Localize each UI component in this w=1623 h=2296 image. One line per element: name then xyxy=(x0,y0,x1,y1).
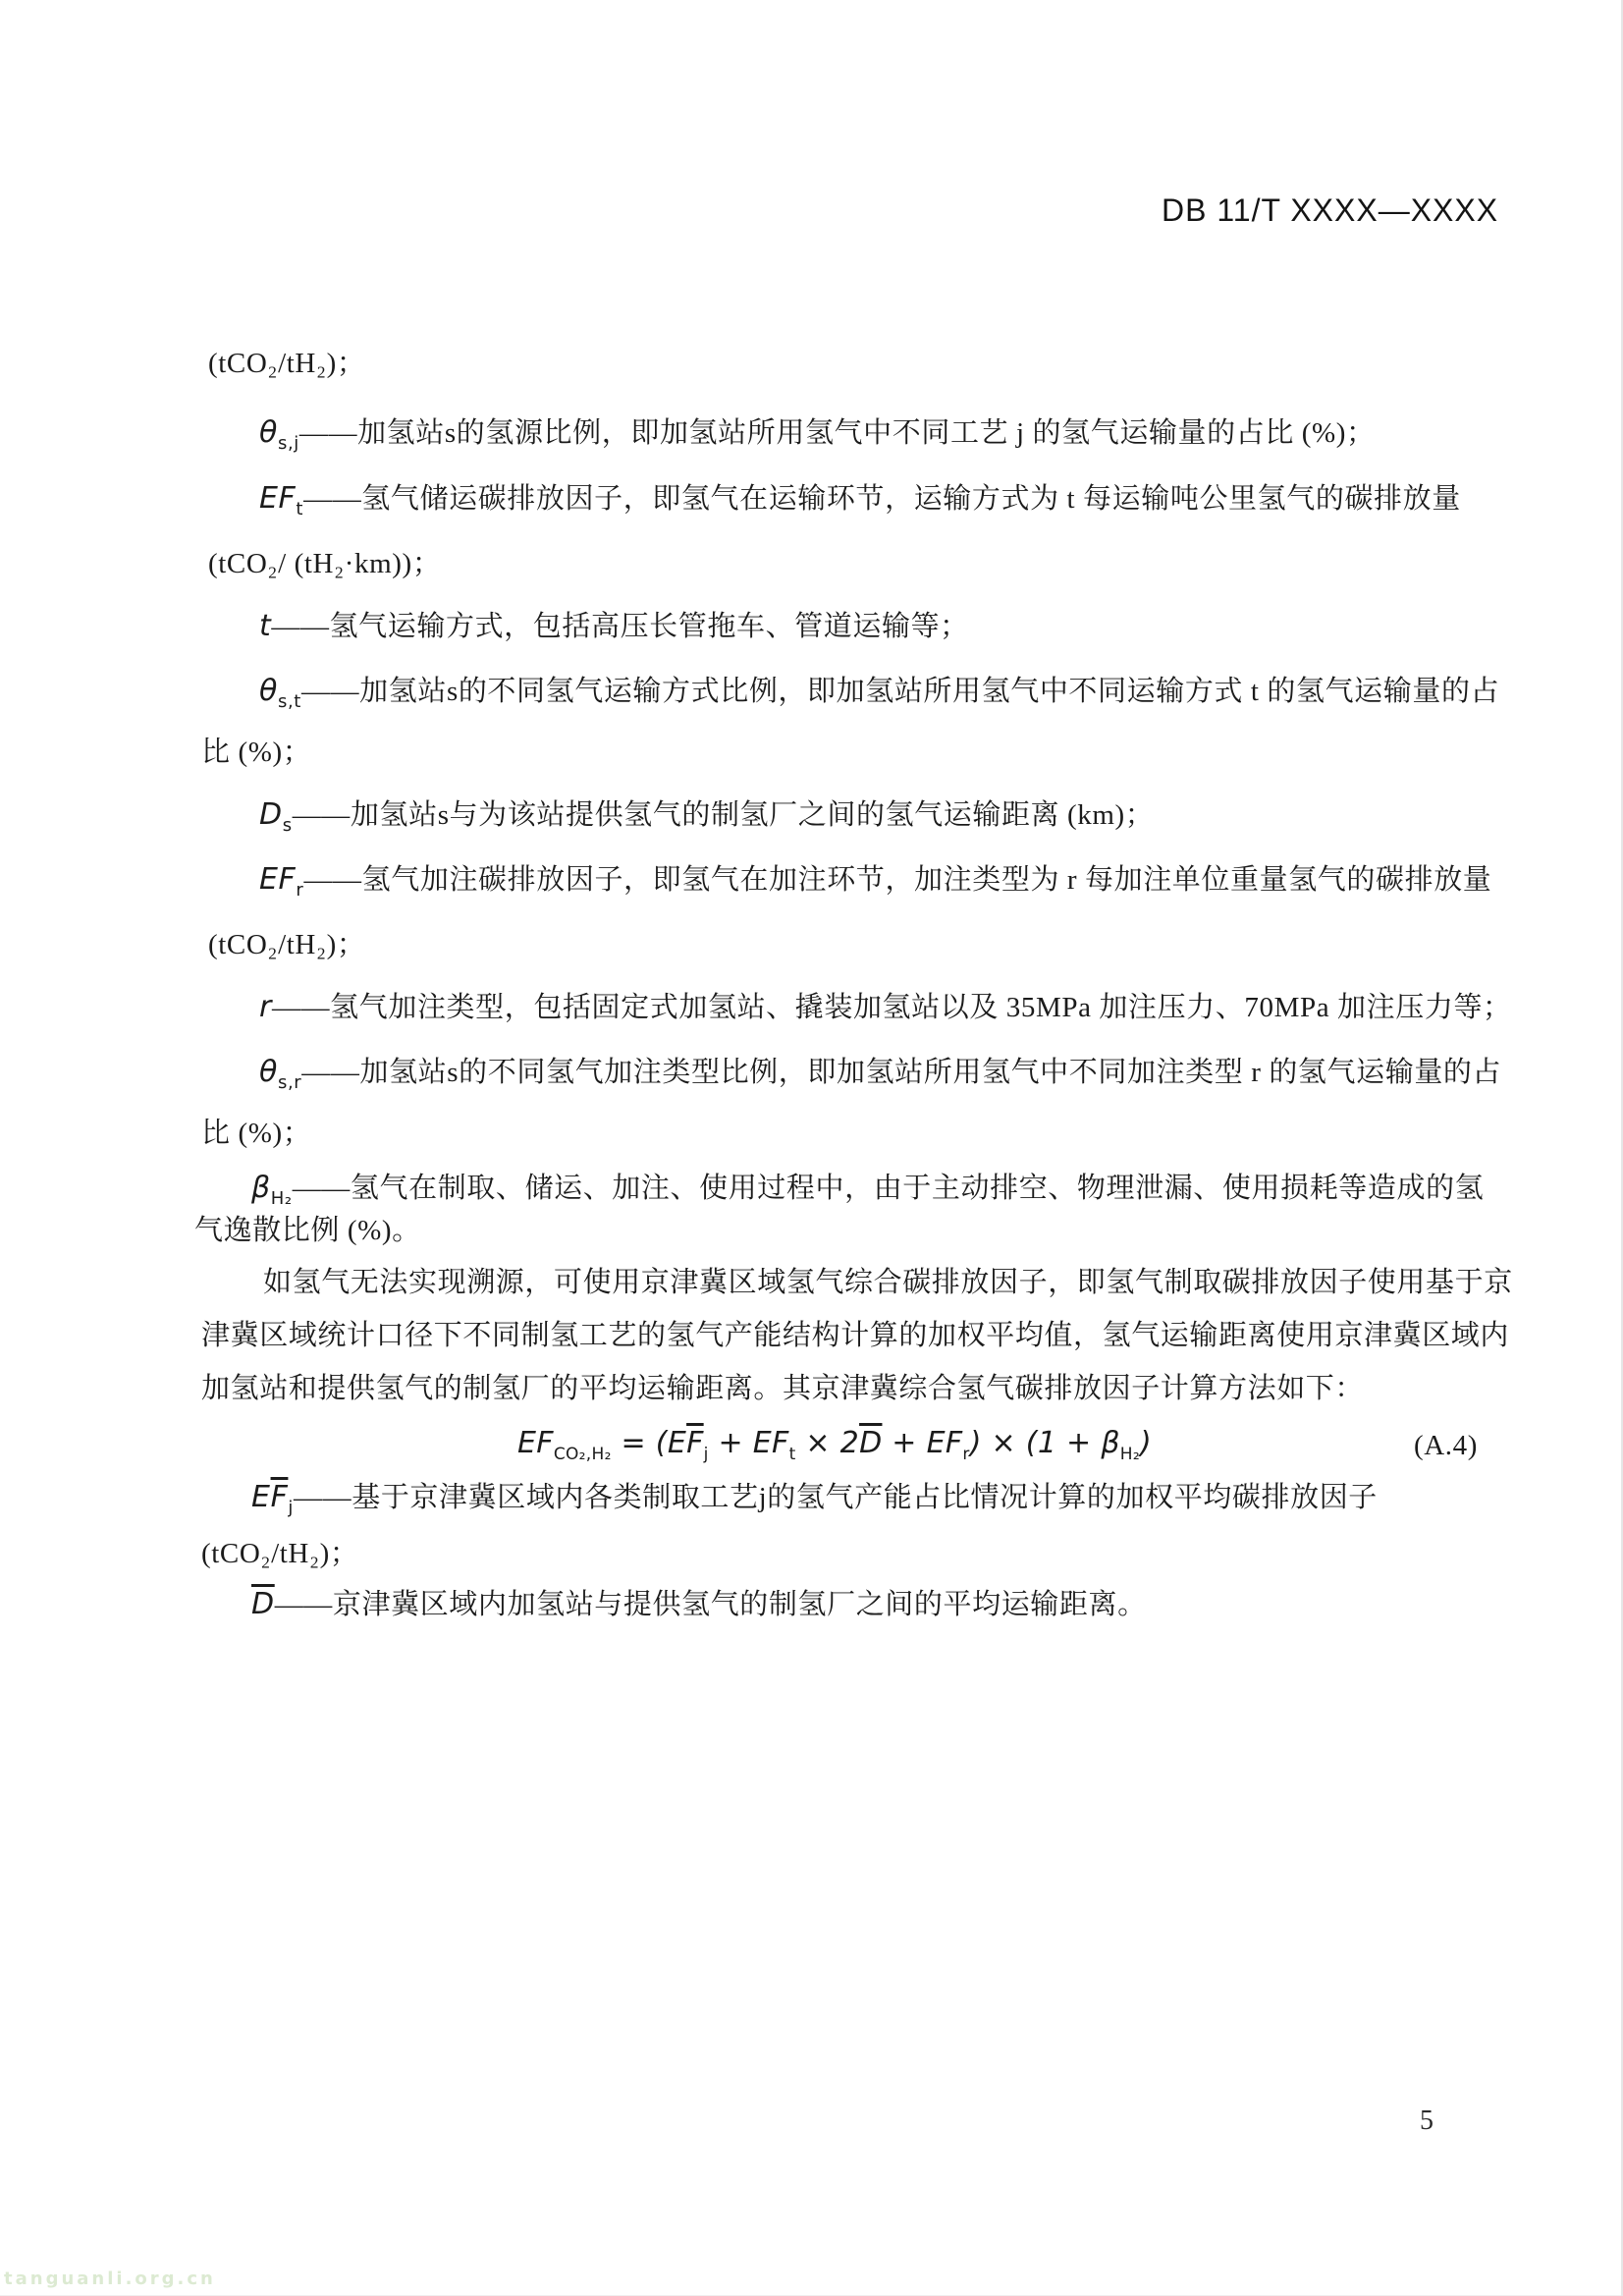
term-symbol: β xyxy=(251,1171,271,1205)
formula-operator: × xyxy=(796,1426,840,1460)
term-subscript: s,r xyxy=(278,1072,301,1093)
paragraph-line: 加氢站和提供氢气的制氢厂的平均运输距离。其京津冀综合氢气碳排放因子计算方法如下： xyxy=(201,1369,1364,1408)
paragraph-line: 如氢气无法实现溯源，可使用京津冀区域氢气综合碳排放因子，即氢气制取碳排放因子使用… xyxy=(263,1263,1513,1302)
formula-part: ) xyxy=(1140,1426,1152,1460)
paragraph-line: 津冀区域统计口径下不同制氢工艺的氢气产能结构计算的加权平均值，氢气运输距离使用京… xyxy=(201,1316,1509,1355)
definition-line: θs,j——加氢站s的氢源比例，即加氢站所用氢气中不同工艺 j 的氢气运输量的占… xyxy=(259,413,1376,453)
formula-part: EF xyxy=(517,1426,554,1460)
definition-line: EFt——氢气储运碳排放因子，即氢气在运输环节，运输方式为 t 每运输吨公里氢气… xyxy=(259,479,1461,519)
formula-subscript: r xyxy=(962,1445,969,1464)
continuation-line: 气逸散比例 (%)。 xyxy=(194,1211,421,1250)
term-symbol: EF xyxy=(259,481,296,516)
term-subscript: t xyxy=(296,499,303,519)
formula-part: β xyxy=(1101,1426,1119,1460)
term-symbol: D xyxy=(259,797,283,832)
definition-line: EFr——氢气加注碳排放因子，即氢气在加注环节，加注类型为 r 每加注单位重量氢… xyxy=(259,860,1491,900)
definition-line: θs,r——加氢站s的不同氢气加注类型比例，即加氢站所用氢气中不同加注类型 r … xyxy=(259,1053,1501,1092)
term-symbol: EF xyxy=(259,862,296,897)
watermark: tanguanli.org.cn xyxy=(4,2269,216,2289)
formula: EFCO₂,H₂ = (EFj + EFt × 2D + EFr) × (1 +… xyxy=(517,1424,1152,1463)
definition-text: ——加氢站s的不同氢气加注类型比例，即加氢站所用氢气中不同加注类型 r 的氢气运… xyxy=(301,1057,1501,1088)
formula-operator: + xyxy=(1056,1426,1101,1460)
term-subscript: s,t xyxy=(278,691,301,712)
continuation-line: 比 (%)； xyxy=(201,733,311,772)
continuation-line: (tCO₂/ (tH₂·km))； xyxy=(208,544,441,583)
continuation-line: (tCO₂/tH₂)； xyxy=(208,925,366,964)
term-symbol: E xyxy=(251,1480,271,1514)
term-symbol: θ xyxy=(259,415,278,450)
definition-line: θs,t——加氢站s的不同氢气运输方式比例，即加氢站所用氢气中不同运输方式 t … xyxy=(259,672,1499,711)
term-symbol: θ xyxy=(259,674,278,708)
formula-part: EF xyxy=(927,1426,963,1460)
formula-part: EF xyxy=(753,1426,789,1460)
definition-text: ——氢气在制取、储运、加注、使用过程中，由于主动排空、物理泄漏、使用损耗等造成的… xyxy=(293,1173,1485,1204)
term-symbol: r xyxy=(259,990,272,1024)
definition-line: D——京津冀区域内加氢站与提供氢气的制氢厂之间的平均运输距离。 xyxy=(251,1585,1147,1624)
definition-line: Ds——加氢站s与为该站提供氢气的制氢厂之间的氢气运输距离 (km)； xyxy=(259,795,1154,835)
definition-line: βH₂——氢气在制取、储运、加注、使用过程中，由于主动排空、物理泄漏、使用损耗等… xyxy=(251,1169,1484,1208)
term-subscript: s xyxy=(283,815,293,836)
formula-part: = ( xyxy=(612,1426,668,1460)
formula-subscript: CO₂,H₂ xyxy=(554,1445,612,1464)
formula-label: (A.4) xyxy=(1414,1426,1478,1465)
formula-operator: + xyxy=(882,1426,926,1460)
formula-part-overlined: F xyxy=(686,1426,704,1460)
definition-text: ——氢气加注类型，包括固定式加氢站、撬装加氢站以及 35MPa 加注压力、70M… xyxy=(272,992,1512,1023)
term-subscript: H₂ xyxy=(271,1188,293,1209)
continuation-line: (tCO₂/tH₂)； xyxy=(208,344,366,383)
definition-text: ——加氢站s的氢源比例，即加氢站所用氢气中不同工艺 j 的氢气运输量的占比 (%… xyxy=(299,417,1376,449)
continuation-line: (tCO₂/tH₂)； xyxy=(201,1534,359,1573)
definition-text: ——氢气加注碳排放因子，即氢气在加注环节，加注类型为 r 每加注单位重量氢气的碳… xyxy=(303,864,1491,896)
continuation-line: 比 (%)； xyxy=(201,1114,311,1153)
definition-text: ——基于京津冀区域内各类制取工艺j的氢气产能占比情况计算的加权平均碳排放因子 xyxy=(294,1482,1378,1513)
definition-line: r——氢气加注类型，包括固定式加氢站、撬装加氢站以及 35MPa 加注压力、70… xyxy=(259,988,1512,1027)
definition-line: EFj——基于京津冀区域内各类制取工艺j的氢气产能占比情况计算的加权平均碳排放因… xyxy=(251,1478,1378,1517)
document-page: DB 11/T XXXX—XXXX (tCO₂/tH₂)； θs,j——加氢站s… xyxy=(0,0,1623,2296)
term-symbol-overlined: F xyxy=(271,1480,289,1514)
definition-line: t——氢气运输方式，包括高压长管拖车、管道运输等； xyxy=(259,607,969,646)
formula-operator: ) × ( xyxy=(970,1426,1038,1460)
term-symbol: θ xyxy=(259,1055,278,1089)
formula-subscript: H₂ xyxy=(1120,1445,1140,1464)
definition-text: ——加氢站s的不同氢气运输方式比例，即加氢站所用氢气中不同运输方式 t 的氢气运… xyxy=(301,676,1499,707)
formula-part: E xyxy=(668,1426,686,1460)
term-symbol: t xyxy=(259,609,271,643)
formula-operator: + xyxy=(709,1426,753,1460)
definition-text: ——氢气储运碳排放因子，即氢气在运输环节，运输方式为 t 每运输吨公里氢气的碳排… xyxy=(303,483,1461,515)
term-symbol-overlined: D xyxy=(251,1587,275,1621)
formula-part-overlined: D xyxy=(859,1426,882,1460)
definition-text: ——氢气运输方式，包括高压长管拖车、管道运输等； xyxy=(271,611,968,642)
doc-number-header: DB 11/T XXXX—XXXX xyxy=(1162,192,1498,229)
definition-text: ——加氢站s与为该站提供氢气的制氢厂之间的氢气运输距离 (km)； xyxy=(293,799,1155,831)
term-subscript: s,j xyxy=(278,433,299,454)
formula-part: 1 xyxy=(1038,1426,1056,1460)
page-number: 5 xyxy=(1420,2105,1434,2137)
formula-part: 2 xyxy=(840,1426,859,1460)
definition-text: ——京津冀区域内加氢站与提供氢气的制氢厂之间的平均运输距离。 xyxy=(275,1589,1147,1620)
formula-subscript: t xyxy=(789,1445,796,1464)
